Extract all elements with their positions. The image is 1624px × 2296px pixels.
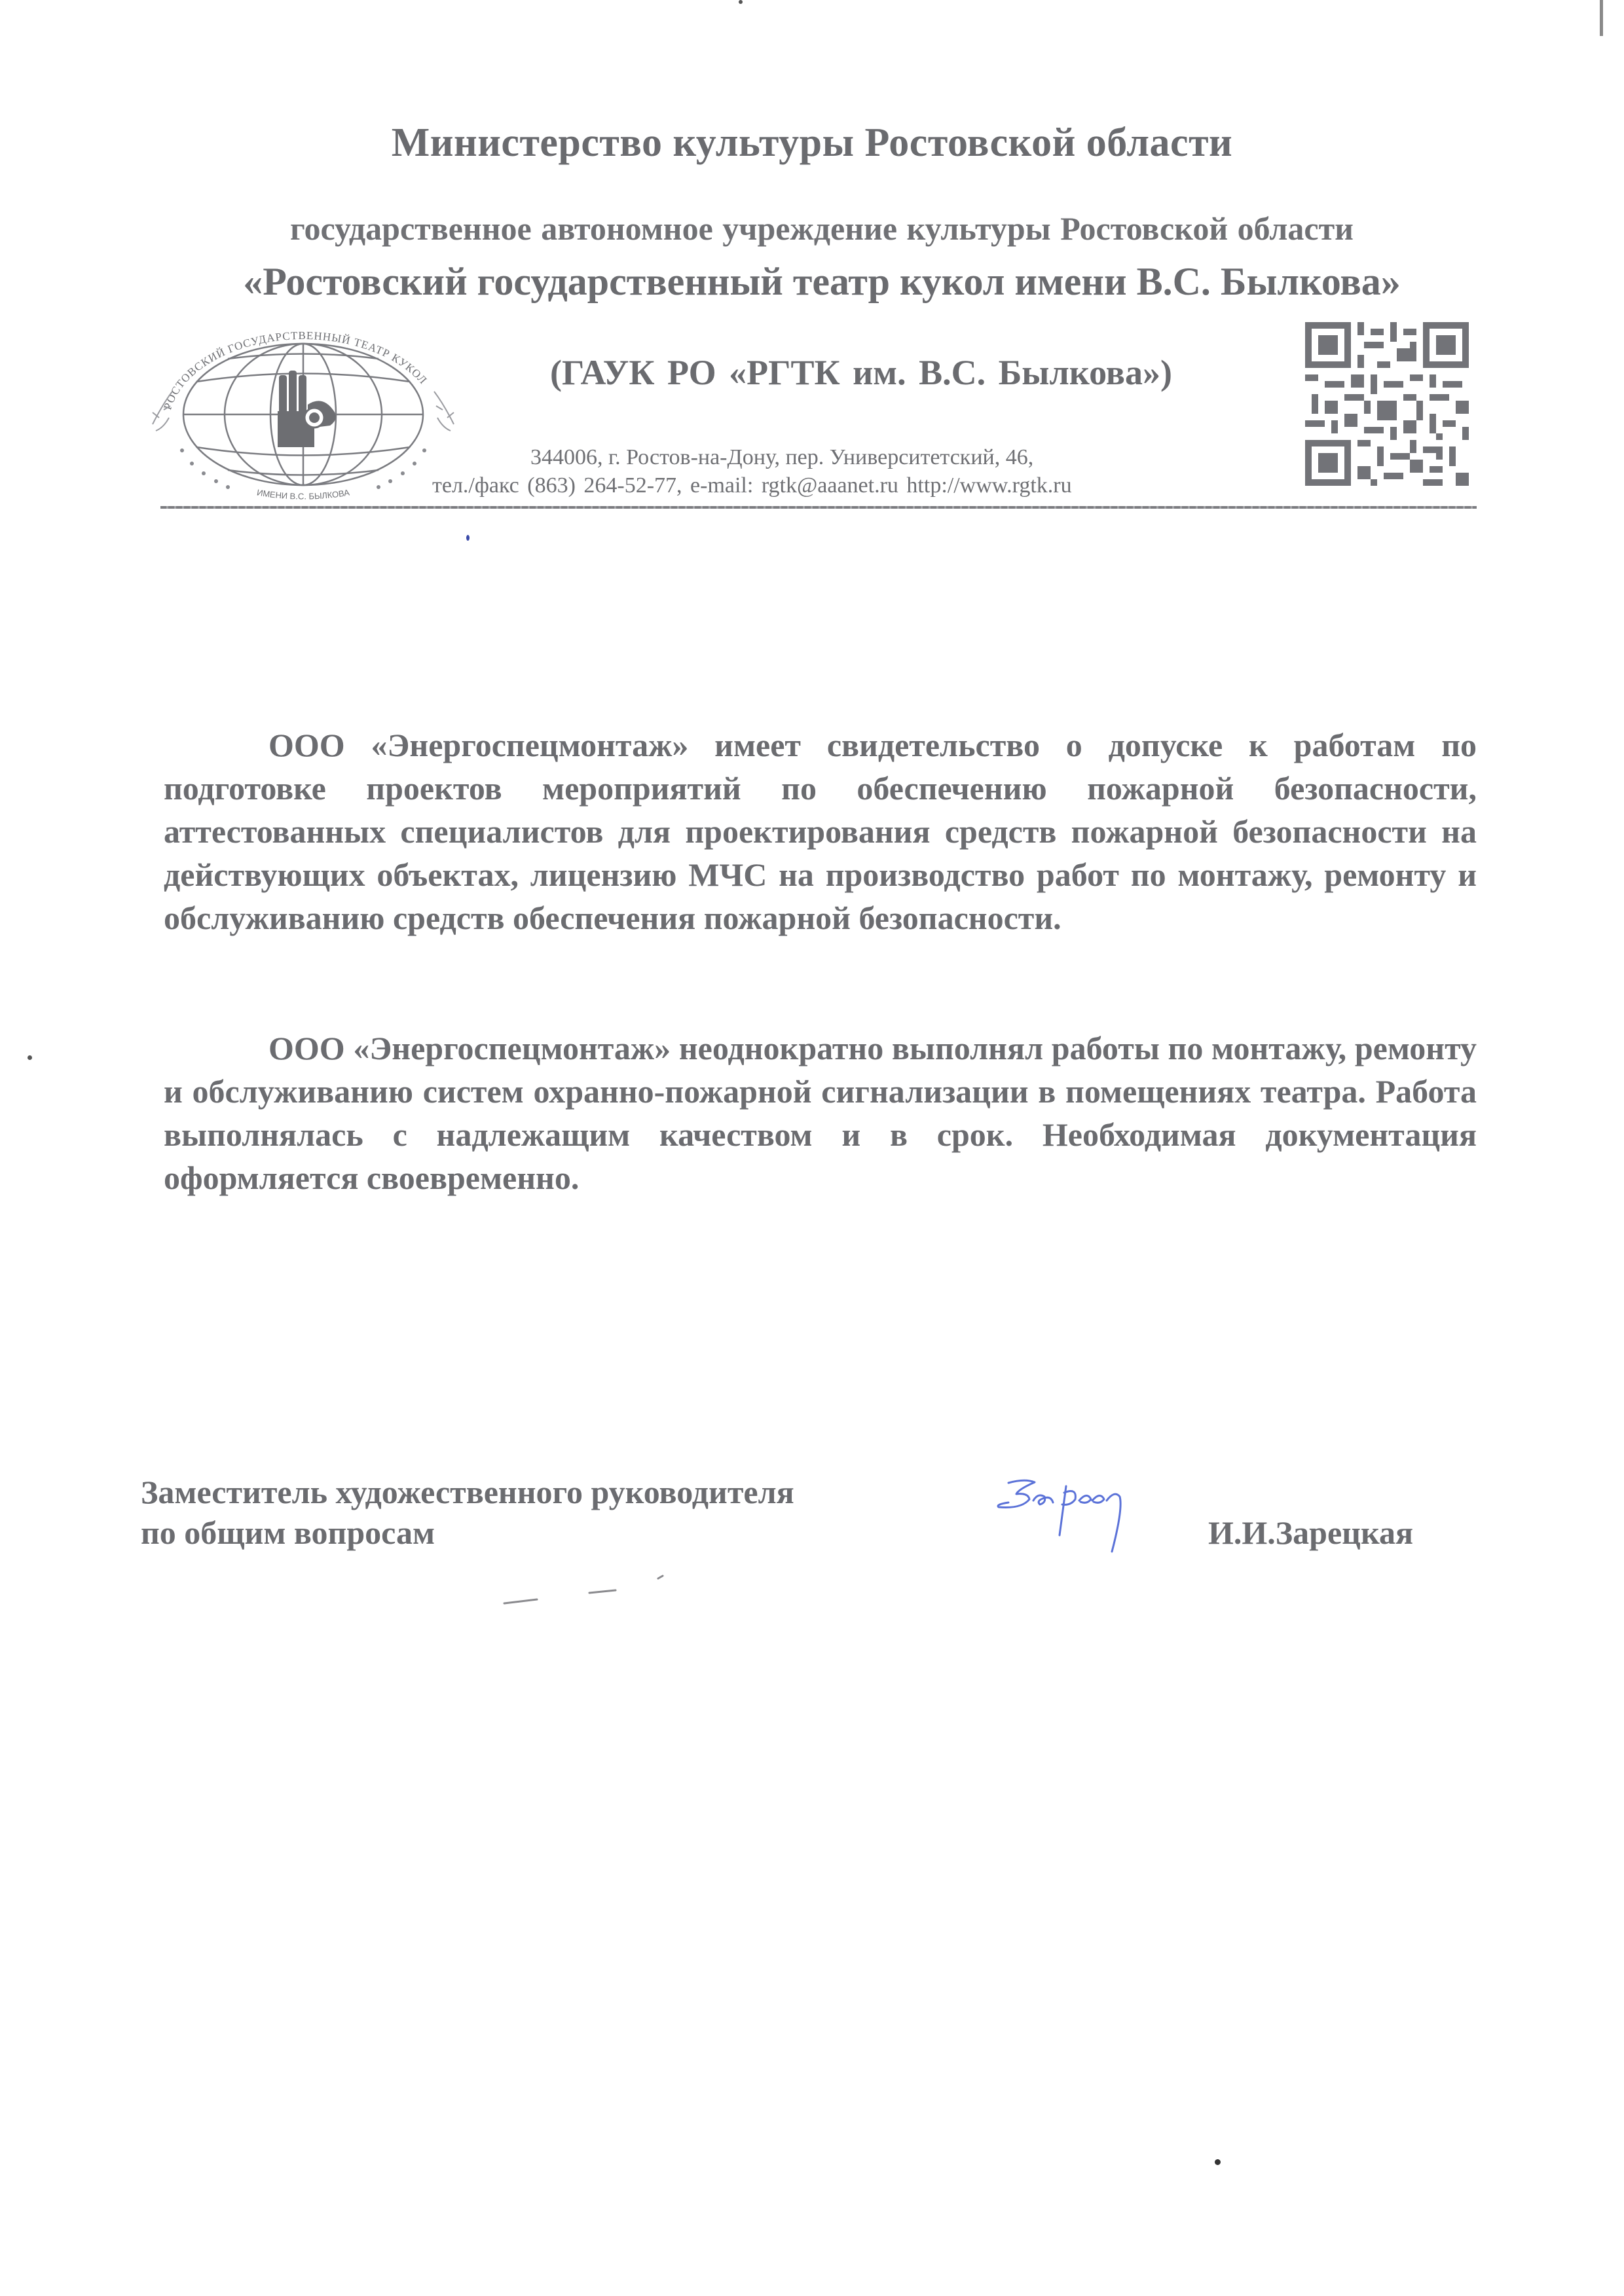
- institution-address: 344006, г. Ростов-на-Дону, пер. Универси…: [530, 445, 1033, 470]
- qr-code-icon: [1305, 322, 1469, 486]
- scan-edge-mark: [1600, 0, 1603, 36]
- signatory-role-line-1: Заместитель художественного руководителя: [141, 1472, 794, 1512]
- institution-type: государственное автономное учреждение ку…: [157, 210, 1486, 247]
- institution-name: «Ростовский государственный театр кукол …: [157, 259, 1486, 304]
- scan-speck: [28, 1055, 32, 1060]
- paragraph-text: ООО «Энергоспецмонтаж» имеет свидетельст…: [164, 723, 1477, 939]
- ministry-title: Министерство культуры Ростовской области: [0, 120, 1624, 166]
- paragraph-work-history: ООО «Энергоспецмонтаж» неоднократно выпо…: [164, 1027, 1477, 1199]
- signatory-name: И.И.Зарецкая: [1208, 1514, 1413, 1552]
- logo-ring-text-bottom: ИМЕНИ В.С. БЫЛКОВА: [256, 487, 350, 500]
- paragraph-permits: ООО «Энергоспецмонтаж» имеет свидетельст…: [164, 723, 1477, 939]
- letterhead-divider: [160, 506, 1477, 509]
- scan-speck: [739, 0, 743, 4]
- signatory-role: Заместитель художественного руководителя…: [141, 1472, 794, 1553]
- theatre-globe-hand-logo-icon: РОСТОВСКИЙ ГОСУДАРСТВЕННЫЙ ТЕАТР КУКОЛ И…: [143, 313, 464, 500]
- scan-stray-mark: [498, 1575, 688, 1607]
- scan-speck: [466, 535, 470, 541]
- scan-speck: [1215, 2159, 1221, 2165]
- institution-abbreviation: (ГАУК РО «РГТК им. В.С. Былкова»): [550, 352, 1172, 393]
- paragraph-text: ООО «Энергоспецмонтаж» неоднократно выпо…: [164, 1027, 1477, 1199]
- institution-contacts: тел./факс (863) 264-52-77, e-mail: rgtk@…: [432, 473, 1072, 498]
- svg-text:ИМЕНИ В.С. БЫЛКОВА: ИМЕНИ В.С. БЫЛКОВА: [256, 487, 350, 500]
- handwritten-signature-icon: [989, 1473, 1172, 1571]
- signatory-role-line-2: по общим вопросам: [141, 1512, 794, 1553]
